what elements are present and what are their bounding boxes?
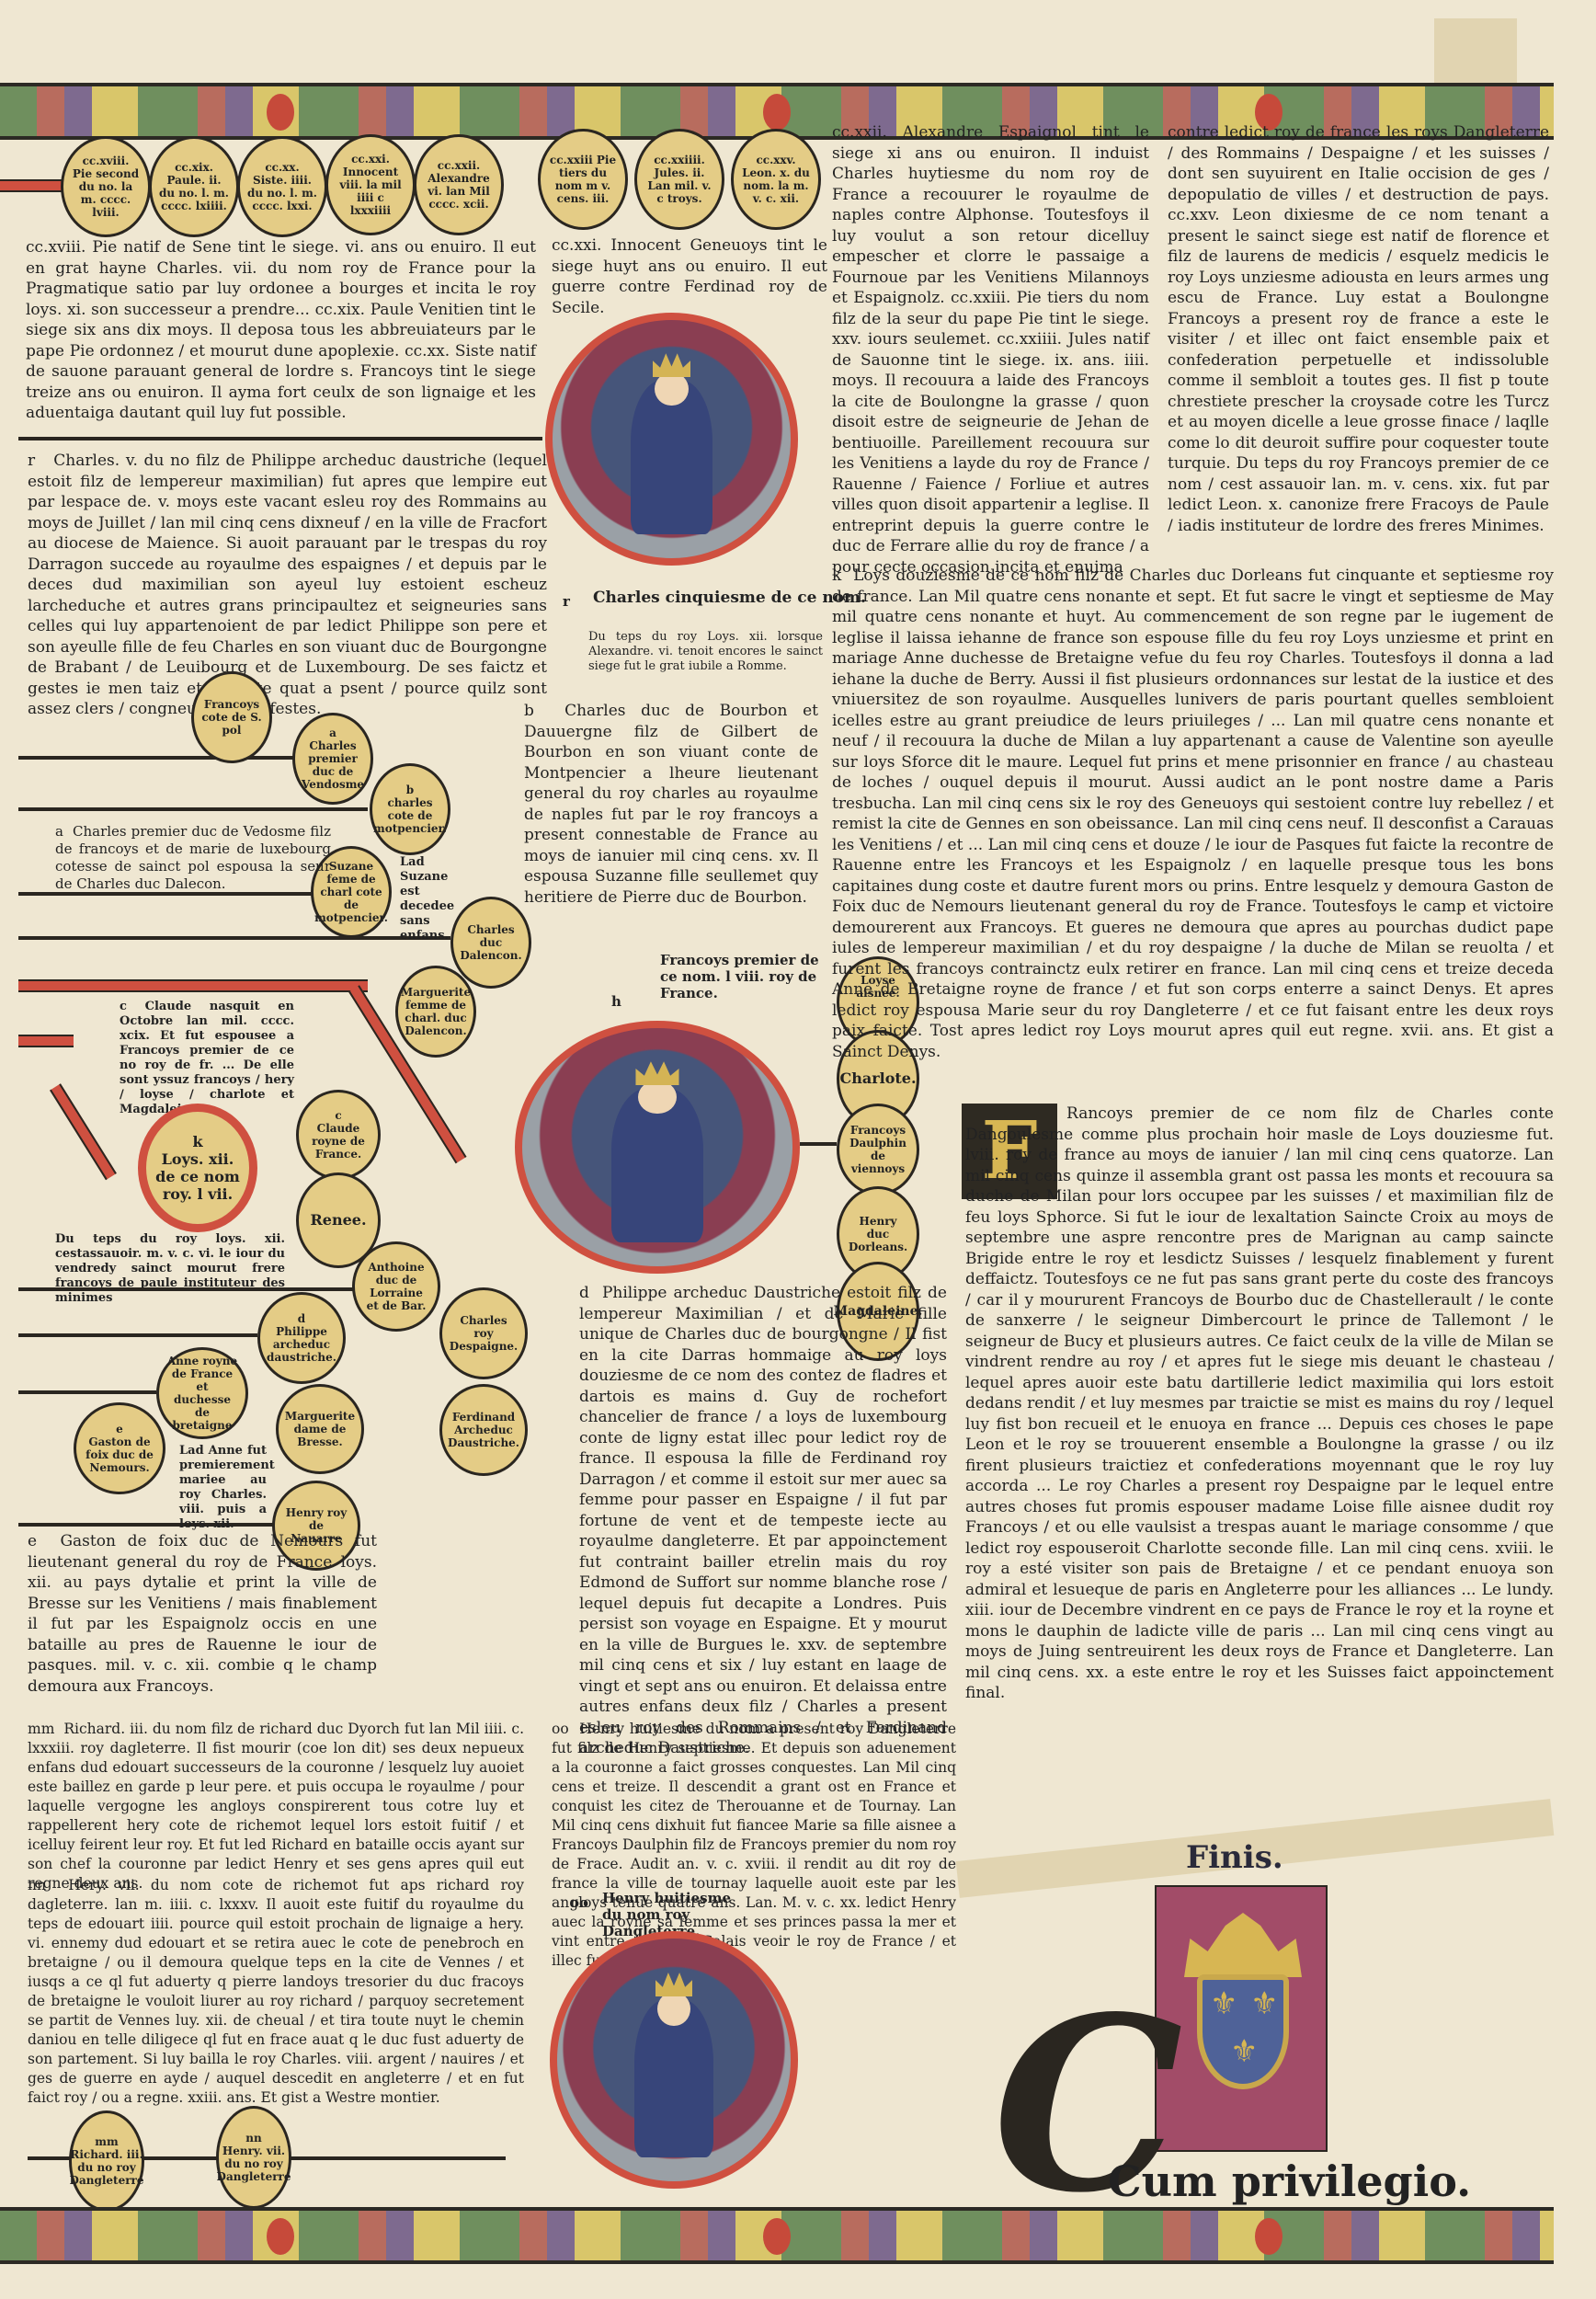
marker-letter: b: [524, 702, 534, 720]
medallion-note: Du teps du roy Loys. xii. lorsque Alexan…: [588, 630, 823, 674]
popes-text-left: cc.xviii. Pie natif de Sene tint le sieg…: [26, 237, 536, 424]
red-lineage-line: [0, 179, 64, 192]
decorative-border-bottom: [0, 2207, 1554, 2264]
pope-circle: cc.xx. Siste. iiii. du no. l. m. cccc. l…: [237, 136, 327, 237]
tree-line: [18, 1287, 368, 1291]
tree-circle-charles-alencon: Charles duc Dalencon.: [450, 897, 531, 989]
rose-icon: [267, 2218, 294, 2255]
popes-text-right-b: contre ledict roy de france les roys Dan…: [1168, 122, 1549, 536]
pope-circle: cc.xxiiii. Jules. ii. Lan mil. v. c troy…: [634, 129, 724, 230]
divider-line: [18, 437, 542, 440]
marker-letter: mm: [28, 1721, 54, 1737]
marker-letter: a: [55, 823, 63, 840]
marker-letter: nn: [28, 1877, 46, 1893]
claude-text: c Claude nasquit en Octobre lan mil. ccc…: [120, 1000, 294, 1117]
paragraph-body: Hery. vii. du nom cote de richemot fut a…: [28, 1877, 524, 2106]
anne-note: Lad Anne fut premierement mariee au roy …: [179, 1444, 267, 1532]
tree-line: [18, 1333, 257, 1337]
pope-circle: cc.xxii. Alexandre vi. lan Mil cccc. xci…: [414, 134, 504, 235]
loys-xii-text: k Loys douziesme de ce nom filz de Charl…: [832, 566, 1554, 1062]
tree-circle-richard-iii: mmRichard. iii. du no roy Dangleterre: [69, 2110, 144, 2212]
tree-circle-marguerite-alencon: Marguerite femme de charl. duc Dalencon.: [395, 966, 476, 1058]
rose-icon: [763, 2218, 791, 2255]
fleur-de-lis-icon: ⚜: [1210, 1985, 1237, 2022]
rose-icon: [763, 94, 791, 131]
marker-letter: r: [28, 452, 35, 470]
tree-circle-francoys-dauphin: Francoys Daulphin de viennoys: [837, 1104, 919, 1195]
paragraph-body: Philippe archeduc Daustriche estoit filz…: [579, 1284, 947, 1757]
bourbon-text: b Charles duc de Bourbon et Dauuergne fi…: [524, 701, 818, 908]
red-lineage-line: [18, 979, 368, 992]
tree-circle-loys-xii: kLoys. xii. de ce nom roy. l vii.: [138, 1104, 257, 1232]
paragraph-body: Charles. v. du no filz de Philippe arche…: [28, 452, 547, 718]
rose-icon: [1255, 2218, 1282, 2255]
marker-letter: e: [28, 1532, 37, 1550]
marker-letter: h: [611, 993, 621, 1010]
suzanne-note: Lad Suzane est decedee sans enfans.: [400, 855, 457, 944]
tree-line: [800, 1142, 837, 1146]
marker-letter: oo: [570, 1894, 588, 1911]
paragraph-body: Claude nasquit en Octobre lan mil. cccc.…: [120, 1000, 294, 1116]
henry-vii-text: nn Hery. vii. du nom cote de richemot fu…: [28, 1876, 524, 2108]
philippe-text: d Philippe archeduc Daustriche estoit fi…: [368, 1283, 947, 1759]
red-lineage-line: [50, 1083, 117, 1180]
crown-icon: [1184, 1913, 1302, 1977]
loys-note: Du teps du roy loys. xii. cestassauoir. …: [55, 1232, 285, 1306]
tree-circle-anne: Anne royne de France et duchesse de bret…: [156, 1347, 248, 1439]
richard-iii-text: mm Richard. iii. du nom filz de richard …: [28, 1720, 524, 1893]
red-lineage-line: [18, 1035, 74, 1047]
tree-circle-henry-vii: nnHenry. vii. du no roy Dangleterre: [216, 2106, 291, 2209]
crown-icon: [635, 1061, 678, 1085]
medallion-henry-viii: [550, 1931, 798, 2189]
popes-text-middle: cc.xxi. Innocent Geneuoys tint le siege …: [552, 235, 827, 318]
paragraph-body: Loys douziesme de ce nom filz de Charles…: [832, 566, 1554, 1061]
pope-circle: cc.xviii. Pie second du no. la m. cccc. …: [61, 136, 151, 237]
marker-letter: r: [563, 593, 570, 610]
tree-circle-philippe: dPhilippe archeduc daustriche.: [257, 1292, 346, 1384]
pope-circle: cc.xix. Paule. ii. du no. l. m. cccc. lx…: [149, 136, 239, 237]
paragraph-body: Charles duc de Bourbon et Dauuergne filz…: [524, 702, 818, 907]
crown-icon: [655, 1973, 693, 1996]
popes-text-right-a: cc.xxii. Alexandre Espaignol tint le sie…: [832, 122, 1149, 578]
crown-icon: [653, 353, 690, 377]
medallion-caption: Charles cinquiesme de ce nom.: [593, 589, 866, 607]
marker-letter: c: [120, 1000, 127, 1013]
gaston-text: e Gaston de foix duc de Nemours fut lieu…: [28, 1531, 377, 1697]
tree-line: [18, 1390, 156, 1394]
paragraph-body: Gaston de foix duc de Nemours fut lieute…: [28, 1532, 377, 1696]
medallion-francois-i: [515, 1021, 800, 1274]
medallion-charles-v: [545, 313, 798, 566]
tree-circle-charles-vendome: aCharles premier duc de Vendosme: [292, 713, 373, 805]
tree-circle-marguerite-bresse: Marguerite dame de Bresse.: [276, 1384, 364, 1474]
tree-line: [18, 936, 450, 940]
rose-icon: [267, 94, 294, 131]
king-face: [655, 372, 688, 406]
fleur-de-lis-icon: ⚜: [1250, 1985, 1278, 2022]
tree-circle-gaston: eGaston de foix duc de Nemours.: [74, 1402, 165, 1494]
pope-circle: cc.xxi. Innocent viii. la mil iiii c lxx…: [325, 134, 416, 235]
pope-circle: cc.xxiii Pie tiers du nom m v. cens. iii…: [538, 129, 628, 230]
tree-line: [18, 756, 303, 760]
king-face: [657, 1992, 690, 2026]
paragraph-body: Charles premier duc de Vedosme filz de f…: [55, 823, 331, 892]
medallion-caption: Francoys premier de ce nom. l viii. roy …: [660, 952, 821, 1001]
paragraph-body: Richard. iii. du nom filz de richard duc…: [28, 1721, 524, 1892]
marker-letter: k: [832, 566, 841, 585]
privilegio-label: Cum privilegio.: [1108, 2156, 1471, 2206]
marker-letter: oo: [552, 1721, 569, 1737]
charles-v-text: r Charles. v. du no filz de Philippe arc…: [28, 451, 547, 720]
shield-icon: ⚜ ⚜ ⚜: [1197, 1974, 1289, 2089]
tree-line: [18, 807, 368, 811]
fleur-de-lis-icon: ⚜: [1230, 2033, 1258, 2070]
marker-letter: d: [579, 1284, 589, 1302]
francois-text: Rancoys premier de ce nom filz de Charle…: [965, 1104, 1554, 1704]
pope-circle: cc.xxv. Leon. x. du nom. la m. v. c. xii…: [731, 129, 821, 230]
finis-label: Finis.: [1186, 1839, 1283, 1876]
king-face: [638, 1081, 676, 1114]
vendome-text: a Charles premier duc de Vedosme filz de…: [55, 823, 331, 893]
tree-circle-charles-montpensier: bcharles cote de motpencier.: [370, 763, 450, 855]
tree-circle-claude: cClaude royne de France.: [296, 1090, 381, 1180]
tree-circle-francoys-saint-pol: Francoys cote de S. pol: [191, 671, 272, 763]
broadsheet-page: cc.xviii. Pie second du no. la m. cccc. …: [0, 0, 1596, 2299]
